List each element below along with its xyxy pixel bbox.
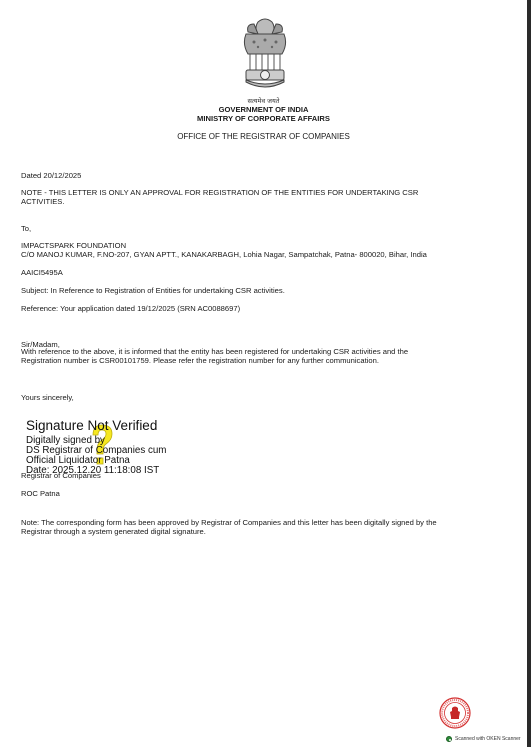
subject-line: Subject: In Reference to Registration of… <box>21 286 285 295</box>
designation: Registrar of Companies <box>21 471 101 480</box>
roc-seal-icon <box>439 697 471 729</box>
addressee-name: IMPACTSPARK FOUNDATION <box>21 241 126 250</box>
scanner-text: Scanned with OKEN Scanner <box>455 736 521 742</box>
national-emblem-icon <box>236 14 294 96</box>
closing: Yours sincerely, <box>21 393 74 402</box>
letter-date: Dated 20/12/2025 <box>21 171 81 180</box>
letter-page: सत्यमेव जयते GOVERNMENT OF INDIA MINISTR… <box>0 0 527 747</box>
pan-number: AAICI5495A <box>21 268 63 277</box>
reference-line: Reference: Your application dated 19/12/… <box>21 304 240 313</box>
footer-note-line2: Registrar through a system generated dig… <box>21 527 206 536</box>
scanner-logo-icon <box>446 736 452 742</box>
motto-text: सत्यमेव जयते <box>0 96 527 105</box>
approval-note-line2: ACTIVITIES. <box>21 197 64 206</box>
body-line2: Registration number is CSR00101759. Plea… <box>21 356 379 365</box>
ministry-title: MINISTRY OF CORPORATE AFFAIRS <box>0 115 527 124</box>
to-label: To, <box>21 224 31 233</box>
signature-status: Signature Not Verified <box>26 418 157 433</box>
body-line1: With reference to the above, it is infor… <box>21 347 408 356</box>
office-title: OFFICE OF THE REGISTRAR OF COMPANIES <box>0 132 527 141</box>
roc-office: ROC Patna <box>21 489 60 498</box>
scanner-watermark: Scanned with OKEN Scanner <box>446 736 521 742</box>
page-edge-strip <box>527 0 531 747</box>
approval-note-line1: NOTE - THIS LETTER IS ONLY AN APPROVAL F… <box>21 188 418 197</box>
footer-note-line1: Note: The corresponding form has been ap… <box>21 518 437 527</box>
addressee-address: C/O MANOJ KUMAR, F.NO-207, GYAN APTT., K… <box>21 250 427 259</box>
